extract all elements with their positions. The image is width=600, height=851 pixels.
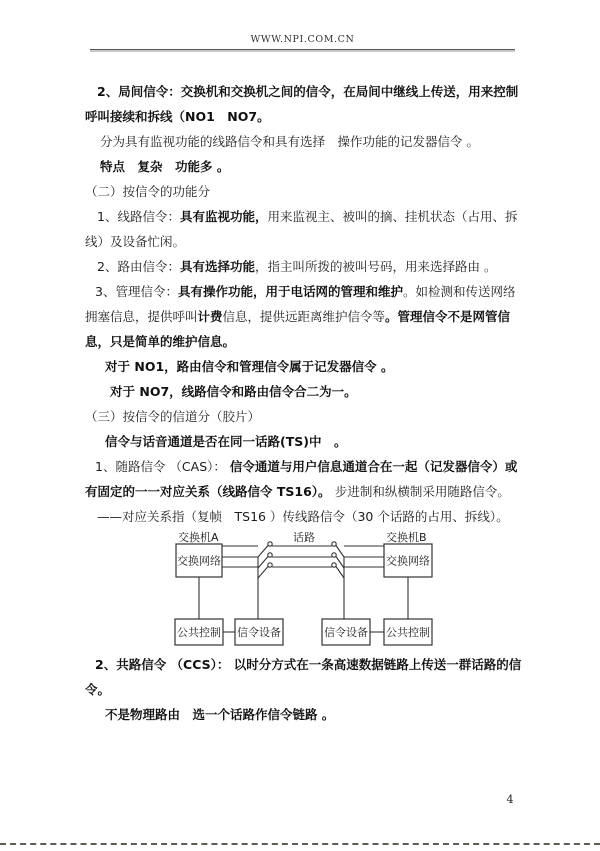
control-b-text: 公共控制 xyxy=(386,625,430,639)
network-a-text: 交换网络 xyxy=(177,554,221,568)
text-run: 。管理信令不是网管信 xyxy=(385,309,510,324)
text-run: 具有监视功能， xyxy=(180,209,268,224)
text-run: 线）及设备忙闲。 xyxy=(85,234,185,249)
page-number: 4 xyxy=(500,793,520,806)
text-run: 具有选择功能 xyxy=(180,259,255,274)
text-line: （三）按信令的信道分（胶片） xyxy=(85,404,525,429)
text-line: 2、共路信令 （CCS）： 以时分方式在一条高速数据链路上传送一群话路的信 xyxy=(85,652,525,677)
text-run: 呼叫接续和拆线（NO1 NO7。 xyxy=(85,109,270,124)
text-run: 1、线路信令： xyxy=(97,209,180,224)
text-line: 1、线路信令：具有监视功能，用来监视主、被叫的摘、挂机状态（占用、拆 xyxy=(85,204,525,229)
control-a-text: 公共控制 xyxy=(177,625,221,639)
text-line: 2、路由信令：具有选择功能，指主叫所拨的被叫号码，用来选择路由 。 xyxy=(85,254,525,279)
text-line: 特点 复杂 功能多 。 xyxy=(85,154,525,179)
switch-blade-icon xyxy=(336,546,344,558)
text-run: 特点 复杂 功能多 。 xyxy=(100,159,229,174)
text-run: 对于 NO1，路由信令和管理信令属于记发器信令 。 xyxy=(105,359,394,374)
device-a-text: 信令设备 xyxy=(237,625,281,639)
text-line: 2、局间信令：交换机和交换机之间的信令，在局间中继线上传送，用来控制 xyxy=(85,79,525,104)
text-line: 3、管理信令：具有操作功能，用于电话网的管理和维护。如检测和传送网络 xyxy=(85,279,525,304)
network-b-text: 交换网络 xyxy=(386,554,430,568)
text-run: 2、共路信令 （CCS）： 以时分方式在一条高速数据链路上传送一群话路的信 xyxy=(95,657,521,672)
text-run: 令。 xyxy=(85,682,110,697)
text-line: ——对应关系指（复帧 TS16 ）传线路信令（30 个话路的占用、拆线）。 xyxy=(85,504,525,529)
text-run: 分为具有监视功能的线路信令和具有选择 操作功能的记发器信令 。 xyxy=(100,134,479,149)
text-run: 步进制和纵横制采用随路信令。 xyxy=(335,484,510,499)
text-line: 对于 NO7，线路信令和路由信令合二为一。 xyxy=(85,379,525,404)
switch-blade-icon xyxy=(258,567,268,579)
text-run: 2、局间信令：交换机和交换机之间的信令，在局间中继线上传送，用来控制 xyxy=(97,84,518,99)
switch-blade-icon xyxy=(336,557,344,569)
text-run: 不是物理路由 选一个话路作信令链路 。 xyxy=(105,707,334,722)
text-block-upper: 2、局间信令：交换机和交换机之间的信令，在局间中继线上传送，用来控制呼叫接续和拆… xyxy=(85,79,525,529)
text-line: 1、随路信令 （CAS）： 信令通道与用户信息通道合在一起（记发器信令）或 xyxy=(85,454,525,479)
switch-a-label: 交换机A xyxy=(178,530,219,544)
text-run: ——对应关系指（复帧 TS16 ）传线路信令（30 个话路的占用、拆线）。 xyxy=(97,509,509,524)
contact-point-icon xyxy=(332,563,336,567)
text-run: 3、管理信令： xyxy=(95,284,178,299)
device-b-text: 信令设备 xyxy=(324,625,368,639)
text-run: 信令与话音通道是否在同一话路(TS)中 。 xyxy=(105,434,346,449)
text-line: 对于 NO1，路由信令和管理信令属于记发器信令 。 xyxy=(85,354,525,379)
text-run: 具有操作功能，用于电话网的管理和维护 xyxy=(178,284,403,299)
text-line: （二）按信令的功能分 xyxy=(85,179,525,204)
switch-blade-icon xyxy=(258,557,268,569)
text-line: 令。 xyxy=(85,677,525,702)
document-page: WWW.NPI.COM.CN 2、局间信令：交换机和交换机之间的信令，在局间中继… xyxy=(0,0,600,851)
text-run: 计费 xyxy=(198,309,223,324)
contact-point-icon xyxy=(332,553,336,557)
text-block-lower: 2、共路信令 （CCS）： 以时分方式在一条高速数据链路上传送一群话路的信令。不… xyxy=(85,652,525,727)
text-line: 有固定的一一对应关系（线路信令 TS16）。 步进制和纵横制采用随路信令。 xyxy=(85,479,525,504)
contact-point-icon xyxy=(268,553,272,557)
text-run: 拥塞信息，提供呼叫 xyxy=(85,309,198,324)
text-run: ，指主叫所拨的被叫号码，用来选择路由 。 xyxy=(255,259,496,274)
contact-point-icon xyxy=(332,542,336,546)
text-line: 信令与话音通道是否在同一话路(TS)中 。 xyxy=(85,429,525,454)
text-run: 用来监视主、被叫的摘、挂机状态（占用、拆 xyxy=(267,209,517,224)
text-line: 呼叫接续和拆线（NO1 NO7。 xyxy=(85,104,525,129)
footer-divider xyxy=(0,843,600,845)
text-line: 线）及设备忙闲。 xyxy=(85,229,525,254)
text-run: 对于 NO7，线路信令和路由信令合二为一。 xyxy=(110,384,357,399)
text-run: 信令通道与用户信息通道合在一起（记发器信令）或 xyxy=(230,459,518,474)
text-run: （三）按信令的信道分（胶片） xyxy=(85,409,260,424)
switch-blade-icon xyxy=(258,546,268,558)
text-run: 有固定的一一对应关系（线路信令 TS16）。 xyxy=(85,484,335,499)
text-run: 1、随路信令 （CAS）： xyxy=(95,459,230,474)
text-line: 息，只是简单的维护信息。 xyxy=(85,329,525,354)
text-run: 。如检测和传送网络 xyxy=(403,284,516,299)
text-run: 信息，提供远距离维护信令等 xyxy=(223,309,386,324)
text-run: 息，只是简单的维护信息。 xyxy=(85,334,235,349)
switch-blade-icon xyxy=(336,567,344,579)
text-line: 不是物理路由 选一个话路作信令链路 。 xyxy=(85,702,525,727)
text-run: 2、路由信令： xyxy=(97,259,180,274)
switch-b-label: 交换机B xyxy=(386,530,427,544)
channel-label: 话路 xyxy=(293,531,315,544)
text-run: （二）按信令的功能分 xyxy=(85,184,210,199)
text-line: 拥塞信息，提供呼叫计费信息，提供远距离维护信令等。管理信令不是网管信 xyxy=(85,304,525,329)
contact-point-icon xyxy=(268,563,272,567)
page-header: WWW.NPI.COM.CN xyxy=(90,34,515,50)
contact-point-icon xyxy=(268,542,272,546)
signaling-diagram: 交换机A 话路 交换机B 交换网络 交换网络 xyxy=(158,528,450,653)
header-site-url: WWW.NPI.COM.CN xyxy=(90,34,515,45)
text-line: 分为具有监视功能的线路信令和具有选择 操作功能的记发器信令 。 xyxy=(85,129,525,154)
